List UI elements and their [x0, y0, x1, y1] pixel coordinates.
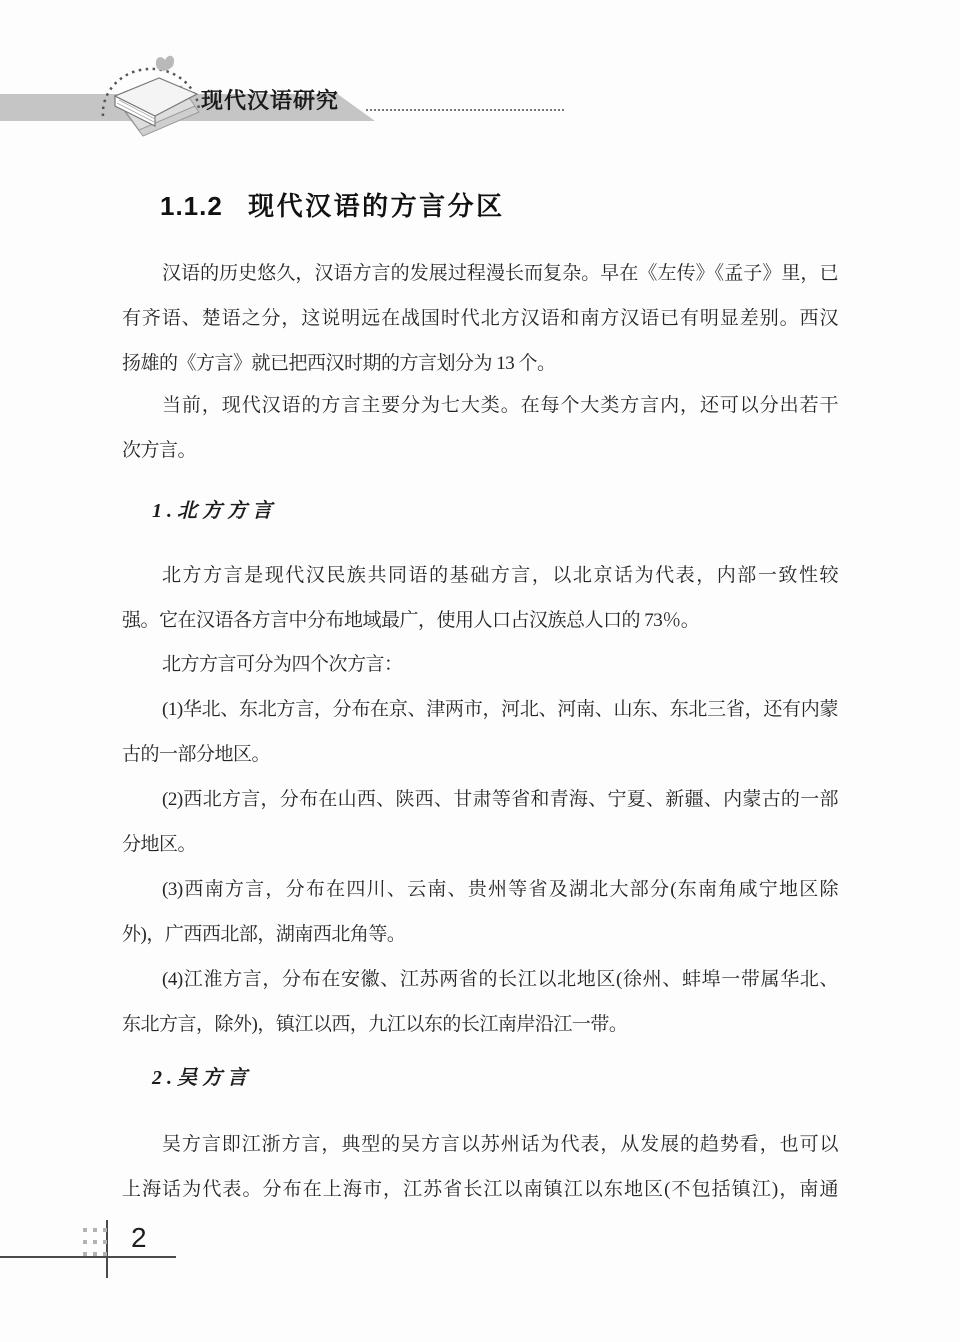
text-line: 当前，现代汉语的方言主要分为七大类。在每个大类方言内，还可以分出若干: [122, 383, 838, 428]
sub-dialect-item-1: (1)华北、东北方言，分布在京、津两市，河北、河南、山东、东北三省，还有内蒙 古…: [122, 687, 838, 777]
scanned-book-page: 现代汉语研究 1.1.2 现代汉语的方言分区 汉语的历史悠久，汉语方言的发展过程…: [0, 0, 960, 1342]
header-dotted-line: [366, 109, 564, 111]
sub-dialect-item-2: (2)西北方言，分布在山西、陕西、甘肃等省和青海、宁夏、新疆、内蒙古的一部 分地…: [122, 777, 838, 867]
intro-paragraph-2: 当前，现代汉语的方言主要分为七大类。在每个大类方言内，还可以分出若干 次方言。: [122, 383, 838, 473]
section-heading-title: 现代汉语的方言分区: [248, 191, 505, 221]
text-line: (3)西南方言，分布在四川、云南、贵州等省及湖北大部分(东南角咸宁地区除: [122, 867, 838, 912]
northern-dialect-paragraph-1: 北方方言是现代汉民族共同语的基础方言，以北京话为代表，内部一致性较 强。它在汉语…: [122, 553, 838, 643]
sub-dialect-item-3: (3)西南方言，分布在四川、云南、贵州等省及湖北大部分(东南角咸宁地区除 外)，…: [122, 867, 838, 957]
text-line: 吴方言即江浙方言，典型的吴方言以苏州话为代表，从发展的趋势看，也可以: [122, 1122, 838, 1167]
intro-paragraph-1: 汉语的历史悠久，汉语方言的发展过程漫长而复杂。早在《左传》《孟子》里，已 有齐语…: [122, 251, 838, 386]
text-line: 北方方言可分为四个次方言：: [122, 642, 838, 687]
text-line: 北方方言是现代汉民族共同语的基础方言，以北京话为代表，内部一致性较: [122, 553, 838, 598]
text-line: (1)华北、东北方言，分布在京、津两市，河北、河南、山东、东北三省，还有内蒙: [122, 687, 838, 732]
text-line: 汉语的历史悠久，汉语方言的发展过程漫长而复杂。早在《左传》《孟子》里，已: [122, 251, 838, 296]
page-number: 2: [131, 1222, 147, 1254]
text-line: 东北方言，除外)，镇江以西，九江以东的长江南岸沿江一带。: [122, 1002, 838, 1047]
text-line: (4)江淮方言，分布在安徽、江苏两省的长江以北地区(徐州、蚌埠一带属华北、: [122, 957, 838, 1002]
text-line: 强。它在汉语各方言中分布地域最广，使用人口占汉族总人口的 73％。: [122, 598, 838, 643]
subsection-heading-northern-dialect: 1.北方方言: [152, 497, 277, 525]
text-line: 古的一部分地区。: [122, 732, 838, 777]
northern-dialect-paragraph-2: 北方方言可分为四个次方言：: [122, 642, 838, 687]
text-line: (2)西北方言，分布在山西、陕西、甘肃等省和青海、宁夏、新疆、内蒙古的一部: [122, 777, 838, 822]
footer-rule-vertical: [106, 1220, 108, 1278]
subsection-heading-wu-dialect: 2.吴方言: [152, 1064, 252, 1092]
text-line: 外)，广西西北部，湖南西北角等。: [122, 912, 838, 957]
text-line: 有齐语、楚语之分，这说明远在战国时代北方汉语和南方汉语已有明显差别。西汉: [122, 296, 838, 341]
sub-dialect-item-4: (4)江淮方言，分布在安徽、江苏两省的长江以北地区(徐州、蚌埠一带属华北、 东北…: [122, 957, 838, 1047]
text-line: 次方言。: [122, 428, 838, 473]
section-heading-number: 1.1.2: [160, 191, 223, 221]
footer-rule-horizontal: [0, 1256, 176, 1258]
text-line: 扬雄的《方言》就已把西汉时期的方言划分为 13 个。: [122, 341, 838, 386]
header-banner-title: 现代汉语研究: [201, 84, 339, 115]
section-heading: 1.1.2 现代汉语的方言分区: [160, 186, 505, 223]
book-logo-icon: [95, 50, 207, 148]
text-line: 上海话为代表。分布在上海市，江苏省长江以南镇江以东地区(不包括镇江)，南通: [122, 1167, 838, 1212]
text-line: 分地区。: [122, 822, 838, 867]
footer-dot-grid: [83, 1228, 87, 1232]
wu-dialect-paragraph-1: 吴方言即江浙方言，典型的吴方言以苏州话为代表，从发展的趋势看，也可以 上海话为代…: [122, 1122, 838, 1212]
